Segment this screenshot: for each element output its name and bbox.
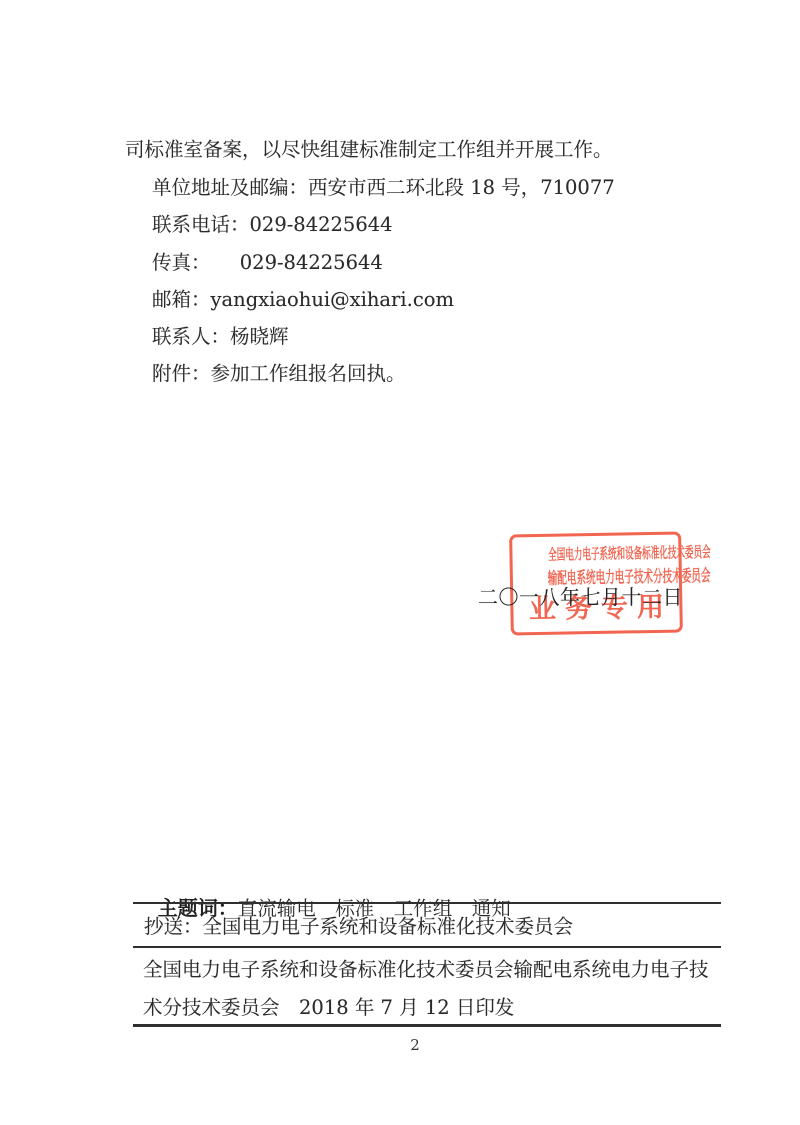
- signature-date: 二〇一八年七月十二日: [478, 585, 683, 609]
- cc-row: 抄送：全国电力电子系统和设备标准化技术委员会: [144, 915, 573, 938]
- attachment-line: 附件：参加工作组报名回执。: [152, 362, 406, 385]
- contact-line-phone: 联系电话：029-84225644: [152, 213, 393, 236]
- contact-line-address: 单位地址及邮编：西安市西二环北段 18 号，710077: [152, 176, 615, 199]
- contact-line-person: 联系人：杨晓辉: [152, 325, 289, 348]
- contact-line-email: 邮箱：yangxiaohui@xihari.com: [152, 288, 454, 311]
- divider-line-2: [133, 946, 721, 948]
- stamp-committee-line: 全国电力电子系统和设备标准化技术委员会: [548, 544, 643, 564]
- official-stamp: 全国电力电子系统和设备标准化技术委员会 输配电系统电力电子技术分技术委员会 业务…: [509, 532, 683, 636]
- document-page: 司标准室备案，以尽快组建标准制定工作组并开展工作。 单位地址及邮编：西安市西二环…: [0, 0, 800, 1125]
- page-number: 2: [0, 1036, 800, 1054]
- divider-line-3: [133, 1024, 721, 1027]
- issue-row-line2: 术分技术委员会 2018 年 7 月 12 日印发: [143, 996, 514, 1019]
- contact-line-fax: 传真： 029-84225644: [152, 251, 383, 274]
- divider-line-1: [133, 902, 721, 904]
- intro-paragraph-line: 司标准室备案，以尽快组建标准制定工作组并开展工作。: [125, 138, 613, 161]
- issue-row-line1: 全国电力电子系统和设备标准化技术委员会输配电系统电力电子技: [143, 958, 709, 981]
